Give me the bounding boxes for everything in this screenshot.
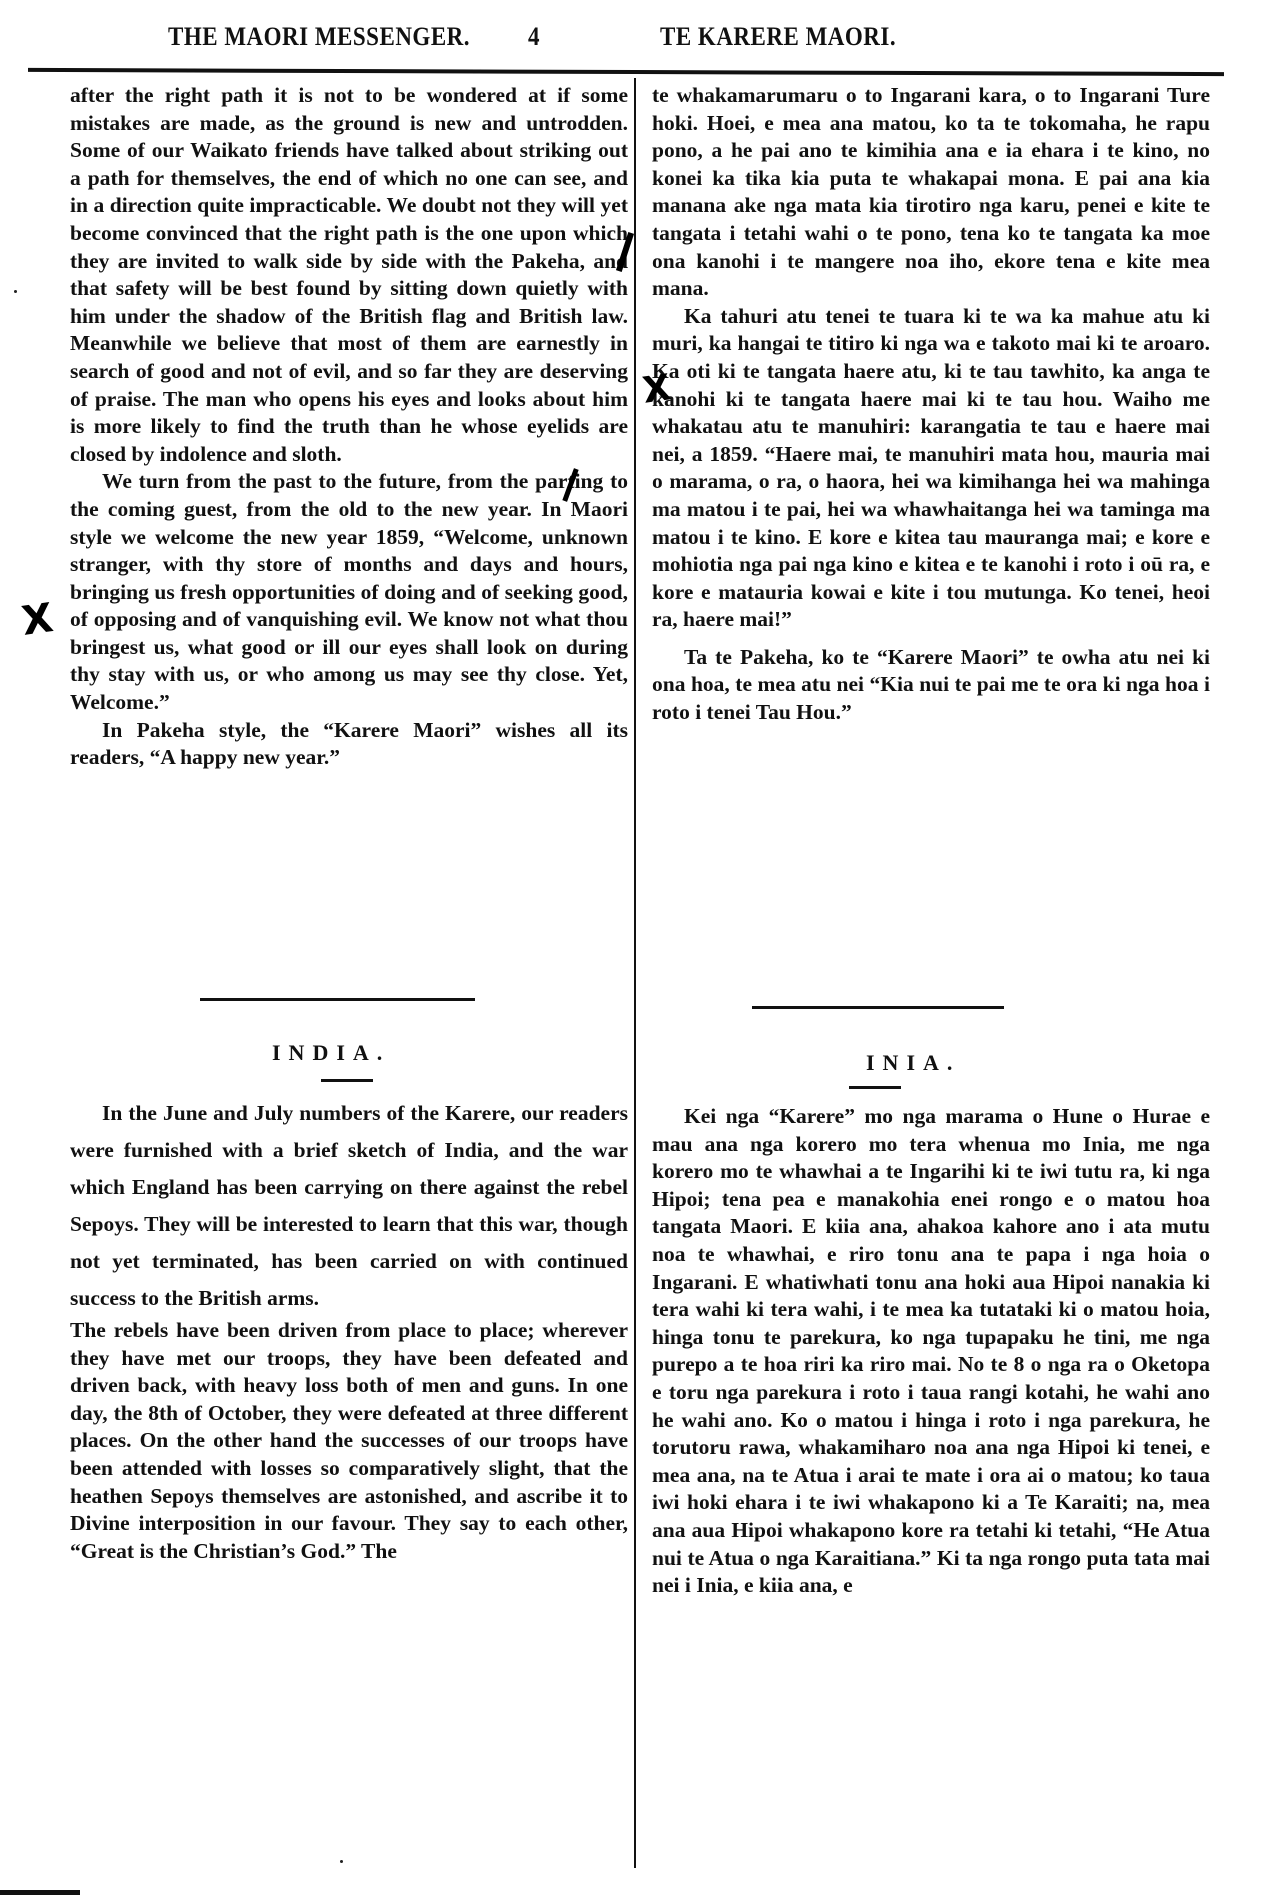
heading-underline: [321, 1079, 373, 1082]
heading-underline: [849, 1086, 901, 1089]
bottom-edge-rule: [0, 1890, 80, 1895]
article-paragraph: In the June and July numbers of the Kare…: [70, 1095, 628, 1317]
section-divider-rule: [200, 998, 475, 1001]
maori-new-year-article: te whakamarumaru o to Ingarani kara, o t…: [652, 82, 1210, 727]
article-paragraph: Kei nga “Karere” mo nga marama o Hune o …: [652, 1103, 1210, 1600]
masthead: THE MAORI MESSENGER. 4 TE KARERE MAORI.: [0, 24, 1280, 64]
inia-heading: INIA.: [866, 1050, 960, 1076]
article-paragraph: Ta te Pakeha, ko te “Karere Maori” te ow…: [652, 644, 1210, 727]
handwritten-x-mark-icon: X: [19, 598, 55, 642]
inia-article: Kei nga “Karere” mo nga marama o Hune o …: [652, 1103, 1210, 1600]
article-paragraph: after the right path it is not to be won…: [70, 82, 628, 468]
article-paragraph: The rebels have been driven from place t…: [70, 1317, 628, 1565]
page-number: 4: [528, 22, 540, 52]
masthead-rule: [28, 68, 1224, 76]
india-article: In the June and July numbers of the Kare…: [70, 1095, 628, 1565]
english-new-year-article: after the right path it is not to be won…: [70, 82, 628, 772]
article-paragraph: te whakamarumaru o to Ingarani kara, o t…: [652, 82, 1210, 303]
scan-speck: [14, 290, 17, 293]
article-paragraph: Ka tahuri atu tenei te tuara ki te wa ka…: [652, 303, 1210, 634]
scan-speck: [340, 1860, 343, 1863]
column-divider: [634, 78, 636, 1868]
section-divider-rule: [752, 1006, 1004, 1009]
article-paragraph: In Pakeha style, the “Karere Maori” wish…: [70, 717, 628, 772]
india-heading: INDIA.: [272, 1040, 390, 1066]
article-paragraph: We turn from the past to the future, fro…: [70, 468, 628, 716]
masthead-maori-title: TE KARERE MAORI.: [660, 22, 896, 52]
handwritten-x-mark-icon: X: [641, 370, 674, 410]
masthead-english-title: THE MAORI MESSENGER.: [168, 22, 470, 52]
